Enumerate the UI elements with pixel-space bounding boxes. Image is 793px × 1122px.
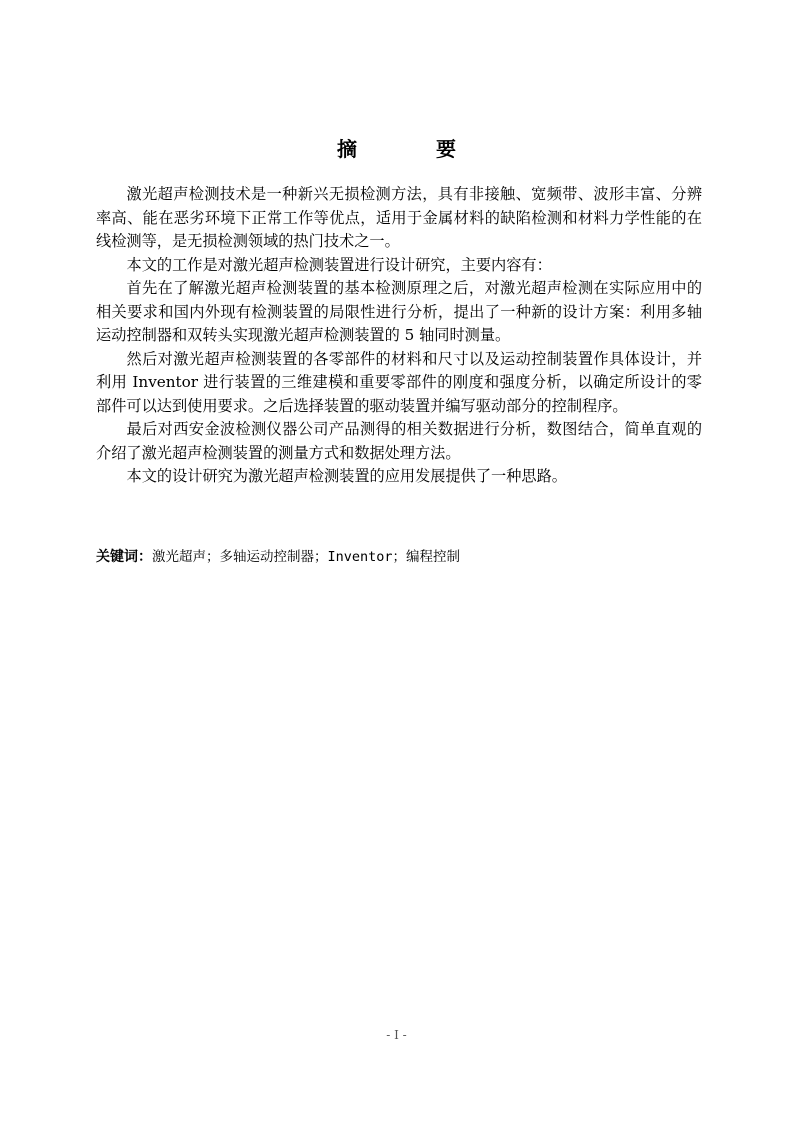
paragraph: 本文的设计研究为激光超声检测装置的应用发展提供了一种思路。: [96, 465, 702, 489]
abstract-body: 激光超声检测技术是一种新兴无损检测方法，具有非接触、宽频带、波形丰富、分辨率高、…: [96, 183, 702, 489]
paragraph: 首先在了解激光超声检测装置的基本检测原理之后，对激光超声检测在实际应用中的相关要…: [96, 277, 702, 348]
paragraph: 激光超声检测技术是一种新兴无损检测方法，具有非接触、宽频带、波形丰富、分辨率高、…: [96, 183, 702, 254]
keywords-line: 关键词：激光超声；多轴运动控制器；Inventor；编程控制: [96, 545, 460, 566]
page-title: 摘 要: [0, 133, 793, 162]
keywords-label: 关键词：: [96, 549, 152, 565]
paragraph: 最后对西安金波检测仪器公司产品测得的相关数据进行分析，数图结合，简单直观的介绍了…: [96, 418, 702, 465]
page-number: - I -: [0, 1028, 793, 1042]
paragraph: 然后对激光超声检测装置的各零部件的材料和尺寸以及运动控制装置作具体设计，并利用 …: [96, 348, 702, 419]
paragraph: 本文的工作是对激光超声检测装置进行设计研究，主要内容有：: [96, 254, 702, 278]
keywords-text: 激光超声；多轴运动控制器；Inventor；编程控制: [152, 549, 460, 565]
